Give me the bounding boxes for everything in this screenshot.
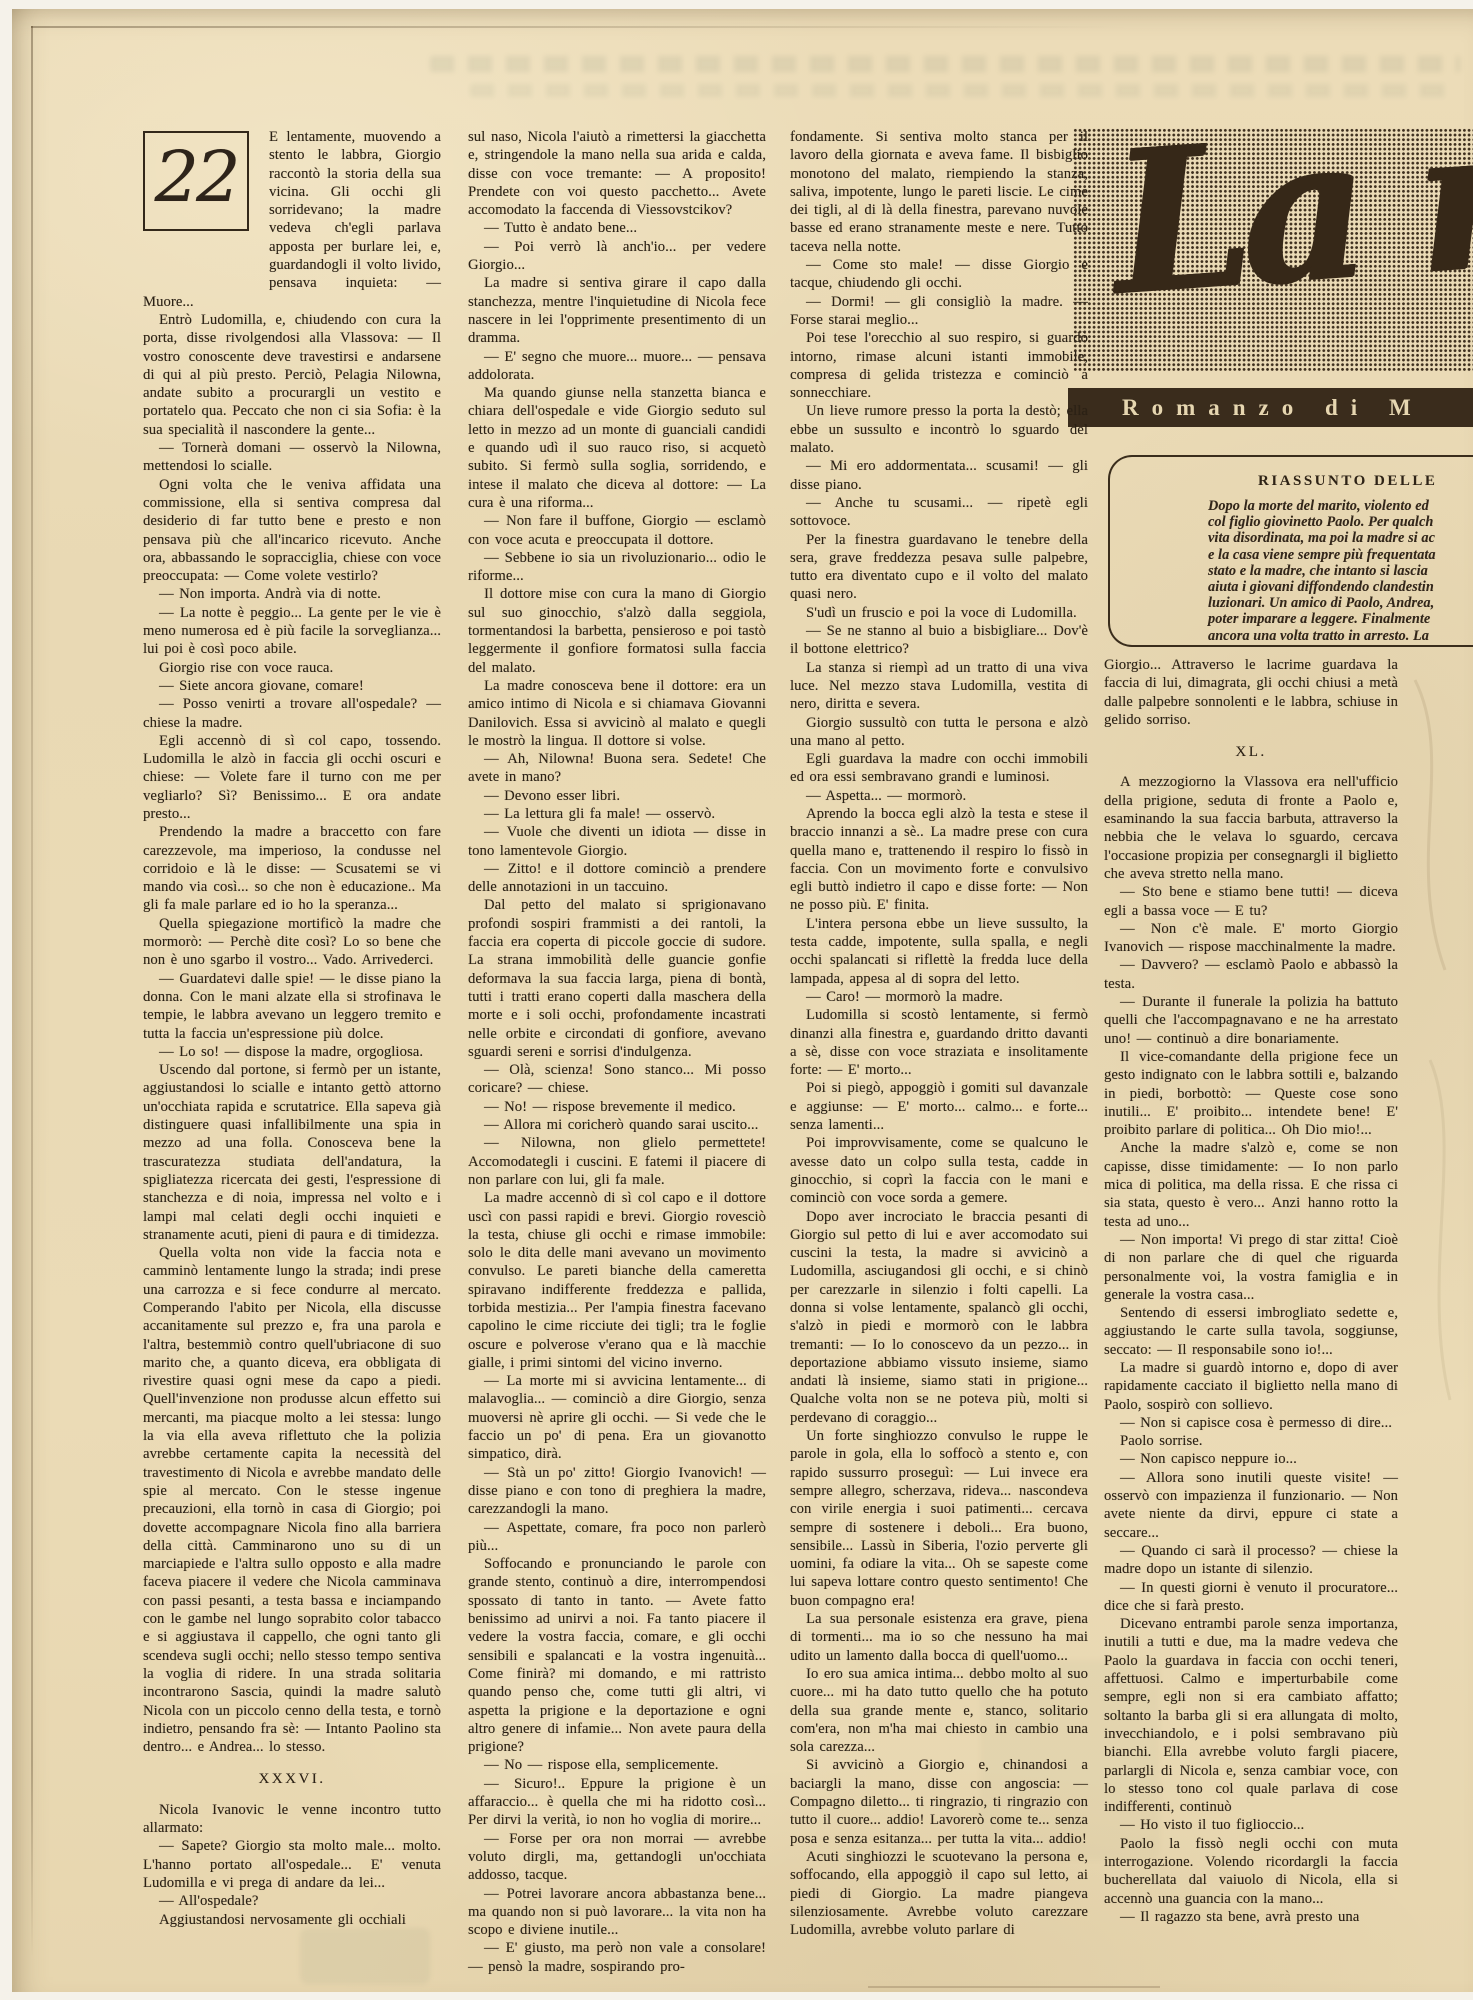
paragraph: La madre si guardò intorno e, dopo di av… [1104,1359,1398,1414]
paragraph: — Tutto è andato bene... [468,219,766,237]
paragraph: Poi tese l'orecchio al suo respiro, si g… [790,329,1088,402]
paragraph: col figlio giovinetto Paolo. Per qualch [1208,514,1436,530]
paragraph: La stanza si riempì ad un tratto di una … [790,659,1088,714]
paragraph: — Stà un po' zitto! Giorgio Ivanovich! —… [468,1464,766,1519]
text-column-2: sul naso, Nicola l'aiutò a rimettersi la… [468,128,766,1976]
text-column-1: 22 E lentamente, muovendo a stento le la… [143,128,441,1929]
paragraph: — Tornerà domani — osservò la Nilowna, m… [143,439,441,476]
paragraph: Egli accennò di sì col capo, tossendo. L… [143,732,441,823]
paragraph: Il dottore mise con cura la mano di Gior… [468,585,766,676]
paragraph: — E' segno che muore... muore... — pensa… [468,348,766,385]
paragraph: — Non importa! Vi prego di star zitta! C… [1104,1231,1398,1304]
paragraph: Sentendo di essersi imbrogliato sedette … [1104,1304,1398,1359]
paragraph: — Vuole che diventi un idiota — disse in… [468,823,766,860]
paragraph: Quella volta non vide la faccia nota e c… [143,1244,441,1756]
paragraph: Poi si piegò, appoggiò i gomiti sul dava… [790,1079,1088,1134]
paragraph: Prendendo la madre a braccetto con fare … [143,823,441,914]
paragraph: — Lo so! — dispose la madre, orgogliosa. [143,1043,441,1061]
paragraph: — Non fare il buffone, Giorgio — esclamò… [468,512,766,549]
paragraph: — Mi ero addormentata... scusami! — gli … [790,457,1088,494]
byline-band-label: Romanzo di M [1068,395,1424,421]
paragraph: — Non c'è male. E' morto Giorgio Ivanovi… [1104,920,1398,957]
paragraph: — La morte mi si avvicina lentamente... … [468,1372,766,1463]
paragraph: Soffocando e pronunciando le parole con … [468,1555,766,1756]
paragraph: Dicevano entrambi parole senza importanz… [1104,1615,1398,1816]
paragraph: — Ho visto il tuo figlioccio... [1104,1816,1398,1834]
paragraph: La madre conosceva bene il dottore: era … [468,677,766,750]
paragraph: Aprendo la bocca egli alzò la testa e st… [790,805,1088,915]
paragraph: vita disordinata, ma poi la madre si ac [1208,530,1436,546]
paragraph: — Guardatevi dalle spie! — le disse pian… [143,970,441,1043]
paragraph: — Dormi! — gli consigliò la madre. — For… [790,293,1088,330]
paragraph: — Nilowna, non glielo permettete! Accomo… [468,1134,766,1189]
text-column-3: fondamente. Si sentiva molto stanca per … [790,128,1088,1939]
paragraph: Anche la madre s'alzò e, come se non cap… [1104,1139,1398,1230]
paragraph: Ludomilla si scostò lentamente, si fermò… [790,1006,1088,1079]
paragraph: — Zitto! e il dottore cominciò a prender… [468,860,766,897]
paragraph: — Il ragazzo sta bene, avrà presto una [1104,1908,1398,1926]
paragraph: — Poi verrò là anch'io... per vedere Gio… [468,238,766,275]
paragraph: — No — rispose ella, semplicemente. [468,1756,766,1774]
paragraph: stato e la madre, che intanto si lascia [1208,563,1436,579]
paragraph: — In questi giorni è venuto il procurato… [1104,1579,1398,1616]
paragraph: Io ero sua amica intima... debbo molto a… [790,1665,1088,1756]
paragraph: — Quando ci sarà il processo? — chiese l… [1104,1542,1398,1579]
paragraph: — Aspettate, comare, fra poco non parler… [468,1519,766,1556]
paragraph: — Devono esser libri. [468,787,766,805]
summary-heading: RIASSUNTO DELLE [1258,473,1437,490]
paragraph: — Anche tu scusami... — ripetè egli sott… [790,494,1088,531]
chapter-number: 22 [154,142,237,212]
paragraph: La madre si sentiva girare il capo dalla… [468,274,766,347]
paragraph: sul naso, Nicola l'aiutò a rimettersi la… [468,128,766,219]
paragraph: A mezzogiorno la Vlassova era nell'uffic… [1104,773,1398,883]
summary-box: RIASSUNTO DELLE Dopo la morte del marito… [1108,455,1473,647]
scan-edge-top [31,26,1131,28]
paragraph: — Non importa. Andrà via di notte. [143,585,441,603]
paragraph: e la casa viene sempre più frequentata [1208,547,1436,563]
paragraph: Nicola Ivanovic le venne incontro tutto … [143,1801,441,1838]
paragraph: — Aspetta... — mormorò. [790,787,1088,805]
scan-artifact-line [868,1986,1160,1988]
paragraph: — Sapete? Giorgio sta molto male... molt… [143,1837,441,1892]
paragraph: La madre accennò di sì col capo e il dot… [468,1189,766,1372]
paragraph: La sua personale esistenza era grave, pi… [790,1610,1088,1665]
paragraph: Uscendo dal portone, si fermò per un ist… [143,1061,441,1244]
paragraph: — Caro! — mormorò la madre. [790,988,1088,1006]
paragraph: aiuta i giovani diffondendo clandestin [1208,579,1436,595]
paragraph: S'udì un fruscio e poi la voce di Ludomi… [790,604,1088,622]
paragraph: Il vice-comandante della prigione fece u… [1104,1048,1398,1139]
paragraph: luzionari. Un amico di Paolo, Andrea, [1208,595,1436,611]
paragraph: — Forse per ora non morrai — avrebbe vol… [468,1830,766,1885]
paragraph: fondamente. Si sentiva molto stanca per … [790,128,1088,256]
paragraph: — Non si capisce cosa è permesso di dire… [1104,1414,1398,1432]
paragraph: — Sebbene io sia un rivoluzionario... od… [468,549,766,586]
paragraph: Dopo aver incrociato le braccia pesanti … [790,1208,1088,1428]
paragraph: — Non capisco neppure io... [1104,1450,1398,1468]
paragraph: Un forte singhiozzo convulso le ruppe le… [790,1427,1088,1610]
byline-band: Romanzo di M [1068,388,1473,427]
scan-edge-left [31,26,33,1958]
paragraph: Dopo la morte del marito, violento ed [1208,498,1436,514]
paragraph: Ogni volta che le veniva affidata una co… [143,476,441,586]
paragraph: L'intera persona ebbe un lieve sussulto,… [790,915,1088,988]
paragraph: Dal petto del malato si sprigionavano pr… [468,896,766,1061]
margin-pencil-marks [1395,640,1473,1540]
paragraph: — Olà, scienza! Sono stanco... Mi posso … [468,1061,766,1098]
paragraph: Quella spiegazione mortificò la madre ch… [143,915,441,970]
paragraph: — La lettura gli fa male! — osservò. [468,805,766,823]
paragraph: Ma quando giunse nella stanzetta bianca … [468,384,766,512]
paragraph: — Davvero? — esclamò Paolo e abbassò la … [1104,956,1398,993]
paragraph: — No! — rispose brevemente il medico. [468,1098,766,1116]
paragraph: — All'ospedale? [143,1892,441,1910]
paragraph: — Allora sono inutili queste visite! — o… [1104,1469,1398,1542]
paragraph: — La notte è peggio... La gente per le v… [143,604,441,659]
paragraph: — Sto bene e stiamo bene tutti! — diceva… [1104,883,1398,920]
paragraph: Per la finestra guardavano le tenebre de… [790,531,1088,604]
paragraph: — Siete ancora giovane, comare! [143,677,441,695]
paragraph: Aggiustandosi nervosamente gli occhiali [143,1911,441,1929]
paragraph: Si avvicinò a Giorgio e, chinandosi a ba… [790,1756,1088,1847]
newspaper-page-scan: La m Romanzo di M RIASSUNTO DELLE Dopo l… [0,0,1473,2000]
paragraph: Acuti singhiozzi le scuotevano la person… [790,1848,1088,1939]
paragraph: Giorgio sussultò con tutta le persona e … [790,714,1088,751]
masthead-script-title: La m [1106,128,1473,339]
paragraph: — Posso venirti a trovare all'ospedale? … [143,695,441,732]
paragraph: Giorgio... Attraverso le lacrime guardav… [1104,656,1398,729]
paragraph: — Ah, Nilowna! Buona sera. Sedete! Che a… [468,750,766,787]
summary-text: Dopo la morte del marito, violento edcol… [1208,498,1436,644]
paragraph: Un lieve rumore presso la porta la destò… [790,402,1088,457]
paragraph: — Potrei lavorare ancora abbastanza bene… [468,1885,766,1940]
section-heading: XXXVI. [143,1770,441,1788]
section-heading: XL. [1104,743,1398,761]
paragraph: Paolo sorrise. [1104,1432,1398,1450]
paragraph: Paolo la fissò negli occhi con muta inte… [1104,1835,1398,1908]
text-column-4: Giorgio... Attraverso le lacrime guardav… [1104,656,1398,1926]
paragraph: — Allora mi coricherò quando sarai uscit… [468,1116,766,1134]
masthead-halftone: La m [1073,128,1473,372]
paragraph: — Se ne stanno al buio a bisbigliare... … [790,622,1088,659]
paragraph: Poi improvvisamente, come se qualcuno le… [790,1134,1088,1207]
paragraph: Giorgio rise con voce rauca. [143,659,441,677]
paragraph: — Durante il funerale la polizia ha batt… [1104,993,1398,1048]
paragraph: — E' giusto, ma però non vale a consolar… [468,1939,766,1976]
paragraph: — Come sto male! — disse Giorgio e tacqu… [790,256,1088,293]
paragraph: Entrò Ludomilla, e, chiudendo con cura l… [143,311,441,439]
paragraph: Egli guardava la madre con occhi immobil… [790,750,1088,787]
paragraph: poter imparare a leggere. Finalmente [1208,611,1436,627]
paragraph: — Sicuro!.. Eppure la prigione è un affa… [468,1775,766,1830]
chapter-badge: 22 [143,131,249,231]
